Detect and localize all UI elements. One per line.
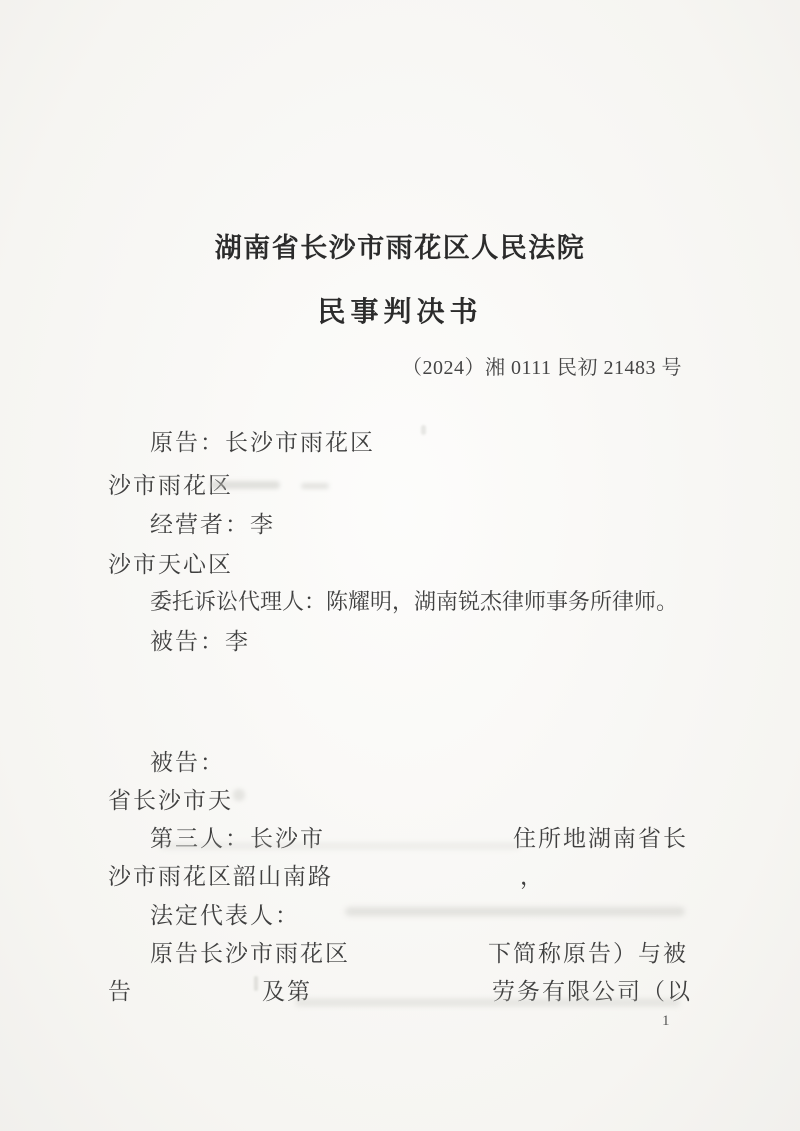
- judgment-document-page: 湖南省长沙市雨花区人民法院 民事判决书 （2024）湘 0111 民初 2148…: [0, 0, 800, 1131]
- line-litigation-agent: 委托诉讼代理人：陈耀明，湖南锐杰律师事务所律师。: [0, 585, 800, 617]
- redaction-smudge: [421, 425, 426, 435]
- line-defendant-1: 被告：李: [0, 623, 800, 655]
- case-intro-2-a-text: 告: [108, 973, 133, 1006]
- line-plaintiff: 原告：长沙市雨花区: [0, 424, 800, 456]
- redaction-smudge: [295, 999, 680, 1006]
- line-operator: 经营者：李: [0, 506, 800, 538]
- redaction-smudge: [210, 481, 280, 489]
- line-case-intro-1: 原告长沙市雨花区 下简称原告）与被: [0, 935, 800, 967]
- court-name-title: 湖南省长沙市雨花区人民法院: [0, 226, 800, 265]
- redaction-smudge: [345, 907, 685, 916]
- operator-address-text: 沙市天心区: [108, 546, 233, 579]
- line-third-party-address-wrap: 沙市雨花区韶山南路 ，: [0, 858, 800, 890]
- defendant-2-text: 被告：: [150, 744, 225, 777]
- operator-text: 经营者：李: [150, 506, 275, 539]
- plaintiff-text: 原告：长沙市雨花区: [150, 424, 375, 457]
- line-plaintiff-address-wrap: 沙市雨花区: [0, 467, 800, 499]
- document-type-title: 民事判决书: [0, 290, 800, 330]
- redaction-smudge: [254, 976, 258, 991]
- case-intro-1-left-text: 原告长沙市雨花区: [150, 935, 350, 968]
- third-party-address-text: 沙市雨花区韶山南路: [108, 858, 333, 891]
- redaction-smudge: [301, 483, 329, 489]
- line-defendant-2-address-wrap: 省长沙市天: [0, 782, 800, 814]
- page-number: 1: [662, 1013, 670, 1030]
- third-party-address-punct: ，: [520, 858, 545, 891]
- legal-representative-text: 法定代表人：: [150, 897, 300, 930]
- redaction-smudge: [160, 843, 520, 849]
- third-party-domicile-text: 住所地湖南省长: [513, 820, 688, 853]
- line-operator-address-wrap: 沙市天心区: [0, 546, 800, 578]
- line-defendant-2: 被告：: [0, 744, 800, 776]
- defendant-1-text: 被告：李: [150, 623, 250, 656]
- litigation-agent-text: 委托诉讼代理人：陈耀明，湖南锐杰律师事务所律师。: [150, 585, 678, 616]
- case-intro-1-right-text: 下简称原告）与被: [488, 935, 688, 968]
- redaction-smudge: [233, 789, 245, 801]
- defendant-2-address-text: 省长沙市天: [108, 782, 233, 815]
- case-number: （2024）湘 0111 民初 21483 号: [402, 351, 682, 380]
